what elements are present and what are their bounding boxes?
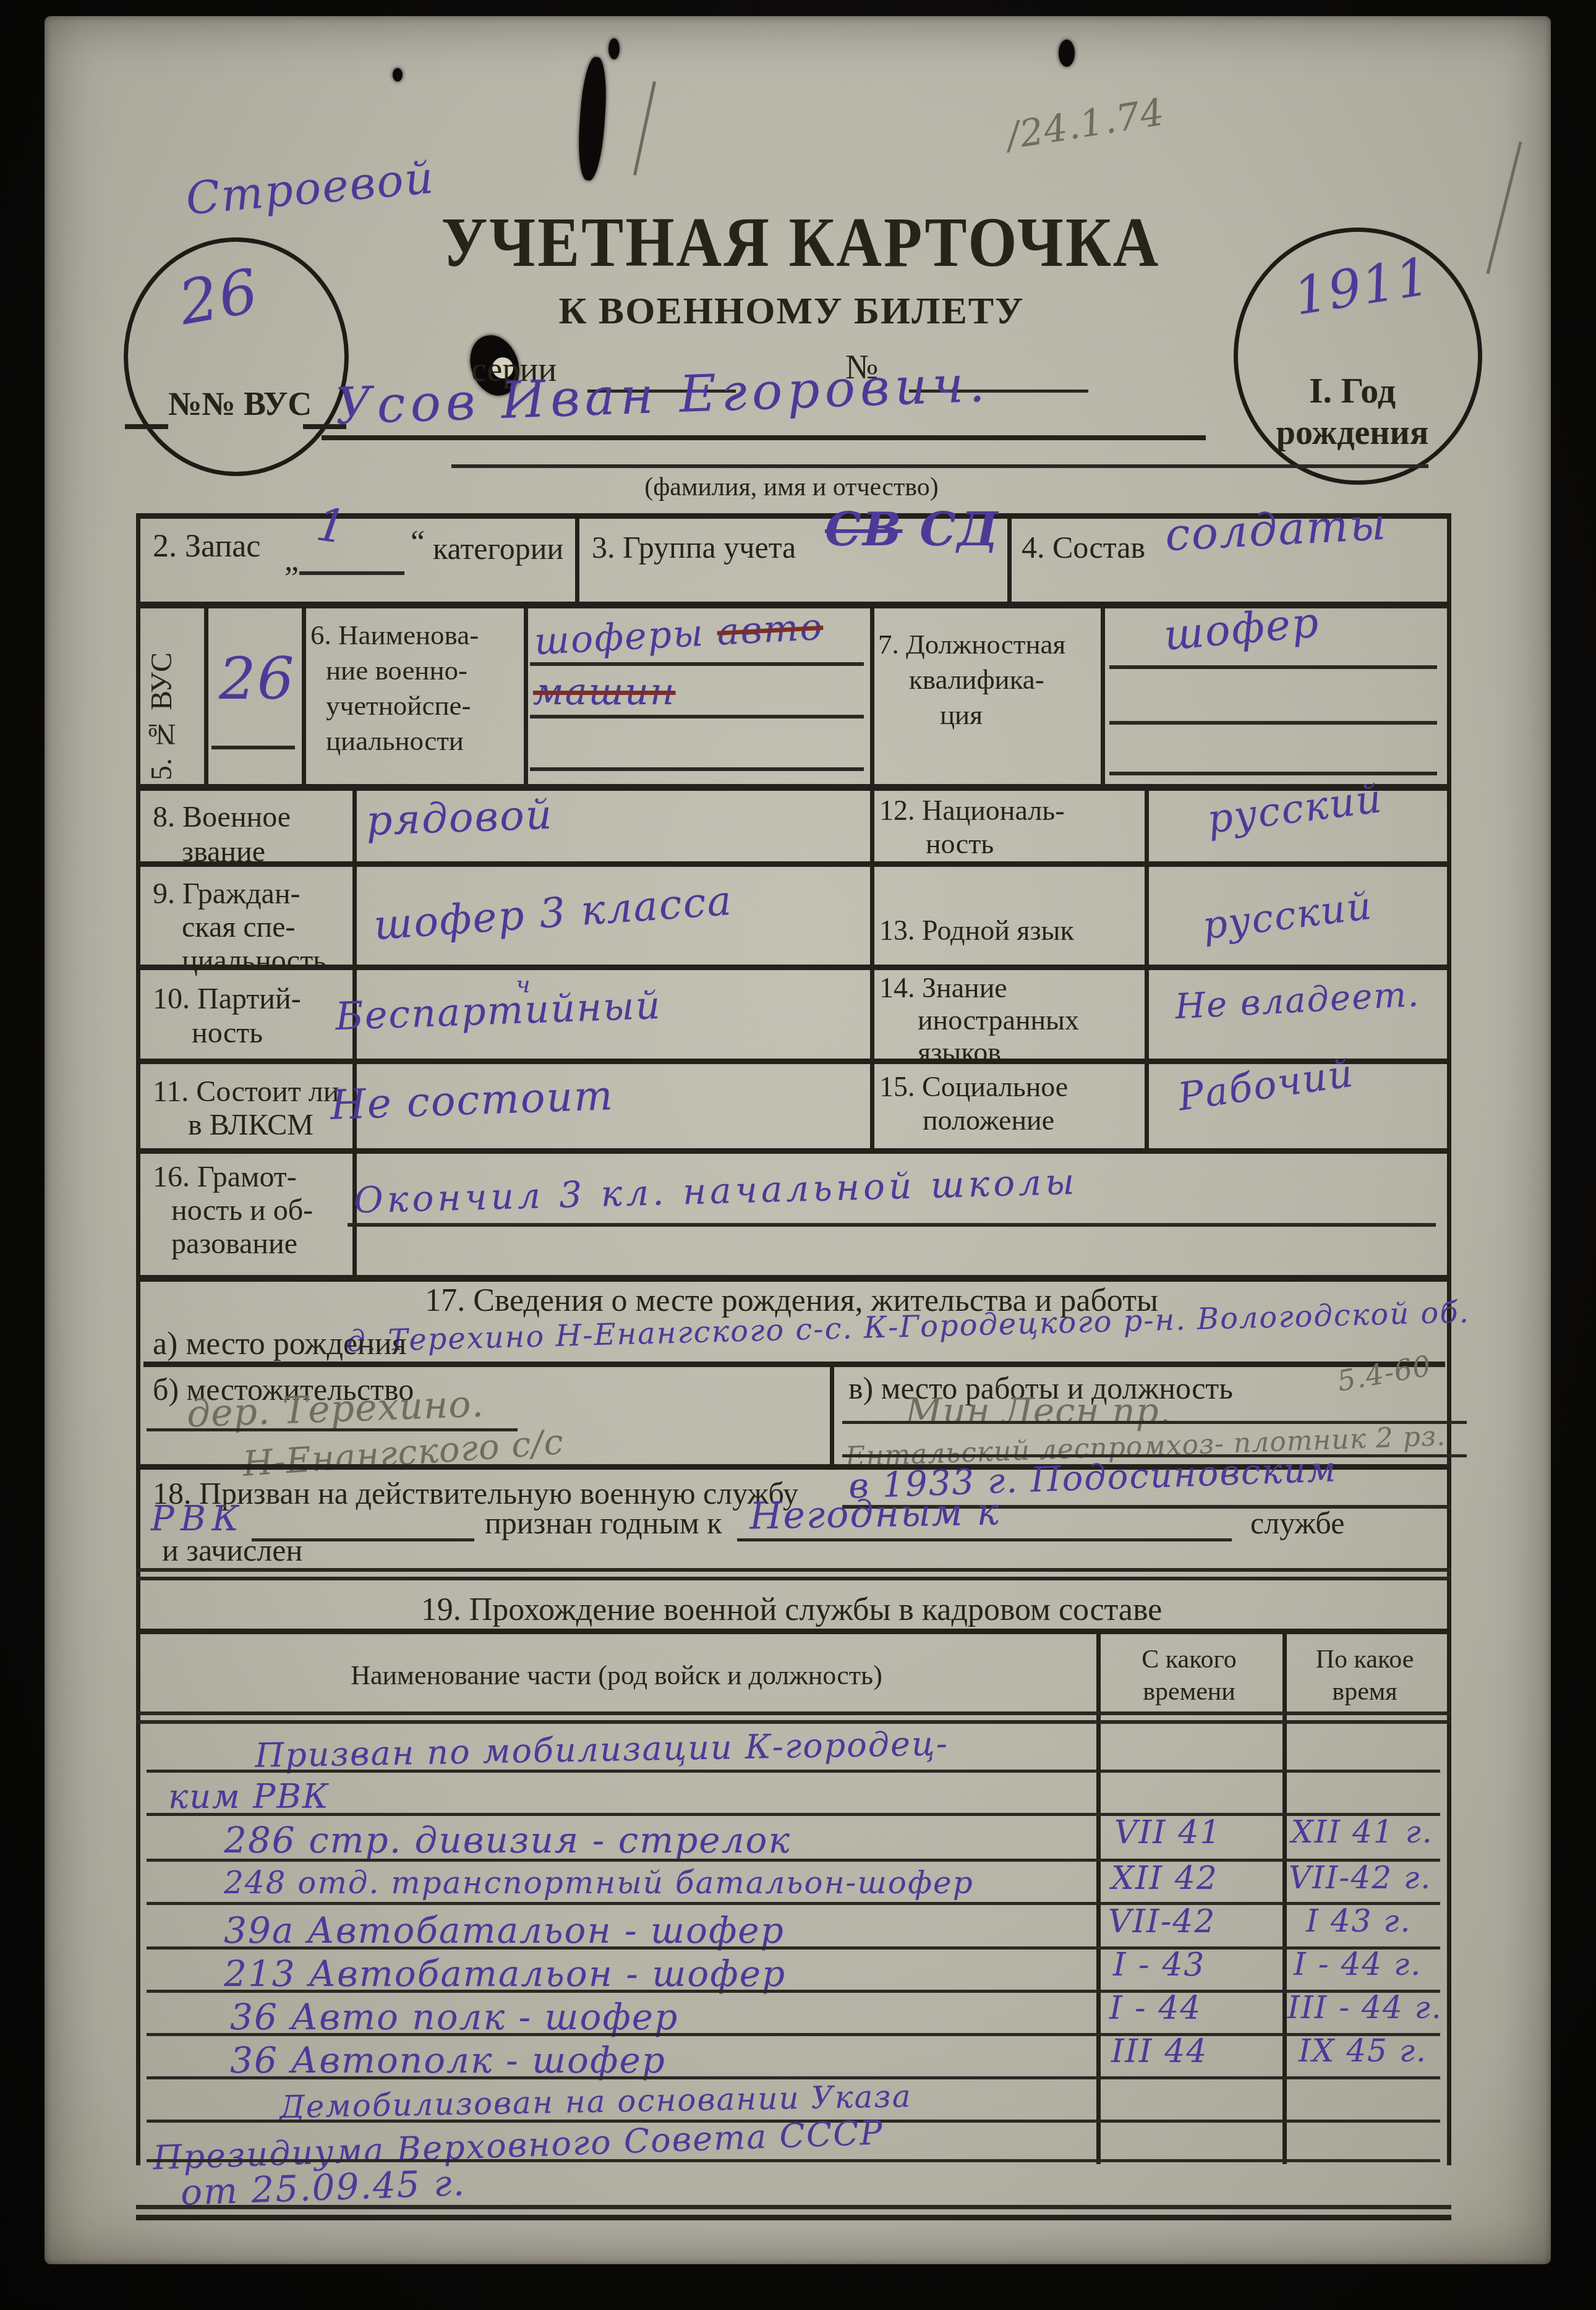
f4-value: солдаты [1164,498,1388,561]
s18-value3: Негодным к [749,1490,1001,1538]
s19-header-bottom2 [136,1720,1451,1724]
f6-value-struck1: авто [716,605,824,654]
service-row-name: Президиума Верховного Совета СССР [152,2113,884,2177]
f6-line3 [530,767,864,771]
f6-label-1: 6. Наименова- [310,619,479,651]
s17-work-value1: Мин Лесн пр. [905,1390,1171,1432]
f12-label-1: 12. Националь- [879,794,1065,827]
s19-col-from1: С какого [1099,1645,1279,1674]
service-row-from: I - 44 [1109,1990,1201,2027]
f16-label-1: 16. Грамот- [153,1160,297,1194]
paper-hole [393,68,403,82]
name-underline [322,435,1206,440]
f14-label-2: иностранных [918,1004,1079,1036]
f15-label-2: положение [923,1104,1054,1136]
service-row-to: VII-42 г. [1289,1860,1432,1896]
rowB-div [1101,608,1105,784]
rowB-div [204,608,208,784]
f9-value: шофер 3 класса [372,877,734,949]
rowB-div [302,608,306,784]
rowB-div [870,608,874,784]
birth-year-label2: рождения [1257,413,1448,453]
f6-line1 [530,662,864,666]
s19-col-div2 [1282,1629,1287,2164]
f2-value: 1 [313,498,351,555]
f10-label-2: ность [192,1016,263,1050]
service-row-line [147,1902,1440,1905]
f8-value: рядовой [365,791,554,845]
f5-label: 5. № ВУС [145,632,179,780]
service-row-name: 39а Автобатальон - шофер [224,1909,785,1951]
f3-value-kept: СД [920,503,999,556]
s19-col-from2: времени [1099,1677,1279,1707]
service-row-name: Призван по мобилизации К-городец- [255,1724,949,1775]
service-row-name: 36 Автополк - шофер [230,2039,666,2081]
service-row-to: I 43 г. [1306,1903,1411,1939]
pencil-date-note: /24.1.74 [1004,90,1167,158]
f6-label-4: циальности [326,725,464,757]
f6-value-kept: шоферы [533,612,705,663]
f15-label-1: 15. Социальное [879,1070,1068,1103]
service-row-name: ким РВК [168,1777,330,1816]
f6-label-3: учетнойспе- [326,689,471,722]
rowB-div [524,608,528,784]
f6-value-struck2: машин [533,670,676,714]
rowC-bottom [136,861,1451,867]
s19-col-name: Наименование части (род войск и должност… [153,1660,1080,1691]
rowA-divider [1007,513,1012,606]
f10-value: Беспартийный [335,982,662,1039]
f5-value: 26 [219,646,296,713]
rowF-bottom [136,1148,1451,1154]
s19-col-div1 [1096,1629,1101,2164]
pencil-stroke [1486,142,1522,275]
f6-label-2: ние военно- [326,654,467,686]
pencil-slash-mark [633,81,656,176]
f14-value: Не владеет. [1174,974,1421,1028]
card-title: УЧЕТНАЯ КАРТОЧКА [368,202,1234,283]
s18-line3 [737,1538,1232,1541]
s18-label3: службе [1250,1505,1344,1541]
s17-birth-label: а) место рождения [153,1326,407,1362]
f3-value-struck: СВ [825,503,902,556]
name-caption: (фамилия, имя и отчество) [544,472,1039,502]
s17-birth-line [143,1362,1445,1367]
f7-label-2: квалифика- [909,663,1044,696]
f2-line [299,571,404,575]
s19-table-top [136,1629,1451,1634]
f2-label-post: категории [433,531,563,566]
f7-line3 [1109,772,1437,775]
frame-right [1447,513,1451,2165]
f11-label-1: 11. Состоит ли [153,1075,339,1109]
f16-value: Окончил 3 кл. начальной школы [353,1161,1078,1222]
service-row-line [147,1859,1440,1862]
s17-work-date: 5.4-60 [1334,1349,1433,1398]
service-row-line [147,2076,1440,2079]
f3-label: 3. Группа учета [592,529,796,565]
rowG-bottom [136,1275,1451,1282]
service-row-to: I - 44 г. [1294,1946,1422,1982]
paper-hole [608,38,620,59]
service-row-from: III 44 [1111,2033,1208,2070]
card-subtitle: К ВОЕННОМУ БИЛЕТУ [368,289,1215,333]
f9-label-2: ская спе- [182,910,296,944]
f7-line2 [1109,721,1437,725]
f2-label: 2. Запас [153,528,260,565]
vus-number: 26 [174,256,265,339]
f11-label-2: в ВЛКСМ [188,1108,314,1142]
paper-hole [1059,40,1075,67]
f5-line [211,746,295,749]
f16-label-3: разование [171,1227,297,1261]
card-paper: Строевой /24.1.74 26 №№ ВУС 1911 I. Год … [45,16,1551,2264]
name-line2 [451,464,1428,468]
s18-label2: признан годным к [485,1505,722,1541]
f2-quote-close: “ [411,524,425,561]
s19-col-to1: По какое [1285,1645,1445,1674]
service-row-line [147,1770,1440,1773]
service-row-from: VII 41 [1114,1814,1221,1851]
f9-label-3: циальность [182,944,326,978]
paper-hole [576,56,609,181]
f7-label-1: 7. Должностная [878,628,1065,660]
f16-line [348,1223,1436,1227]
s18-bottom2 [136,1577,1451,1580]
service-row-to: IX 45 г. [1299,2033,1427,2069]
service-row-line [147,1990,1440,1993]
f11-value: Не состоит [330,1072,615,1129]
f13-label: 13. Родной язык [879,914,1074,947]
f10-label-1: 10. Партий- [153,982,301,1016]
service-row-to: III - 44 г. [1287,1990,1443,2026]
f6-line2 [530,715,864,718]
f7-label-3: ция [940,699,983,731]
f7-line1 [1109,665,1437,669]
service-row-line [147,2159,1440,2162]
s19-table-bottom2 [136,2215,1451,2220]
service-row-name: 248 отд. транспортный батальон-шофер [224,1865,974,1901]
service-row-line [147,2033,1440,2036]
rowD-bottom [136,965,1451,970]
f3-value: СВ СД [825,503,999,556]
service-row-from: XII 42 [1111,1860,1218,1897]
vus-dash [125,424,168,429]
birth-year-label1: I. Год [1257,370,1448,411]
s19-table-bottom1 [136,2205,1451,2209]
f9-label-1: 9. Граждан- [153,877,301,911]
service-row-name: 213 Автобатальон - шофер [224,1953,786,1995]
service-row-from: VII-42 [1108,1903,1216,1940]
service-row-line [147,1813,1440,1816]
f14-label-1: 14. Знание [879,971,1007,1004]
service-row-from: I - 43 [1113,1946,1205,1984]
s18-bottom1 [136,1568,1451,1572]
vus-label: №№ ВУС [168,385,312,423]
service-row-name: 36 Авто полк - шофер [230,1996,678,2038]
service-row-name: 286 стр. дивизия - стрелок [224,1819,791,1861]
service-row-line [147,1946,1440,1950]
s19-title: 19. Прохождение военной службы в кадрово… [322,1592,1261,1628]
frame-left [136,513,140,2165]
f8-label-1: 8. Военное [153,800,291,834]
f2-quote-open: „ [284,542,299,578]
f16-label-2: ность и об- [171,1193,313,1227]
f4-label: 4. Состав [1022,529,1145,565]
s18-label4: и зачислен [162,1532,302,1568]
rowA-divider [575,513,579,606]
f12-label-2: ность [926,827,994,860]
s17-divider [830,1367,834,1464]
f6-value-line1: шоферы авто [533,605,824,663]
full-name: Усов Иван Егорович. [335,355,991,437]
service-row-to: XII 41 г. [1291,1814,1433,1850]
rowB-bottom [136,784,1451,791]
scanned-document: Строевой /24.1.74 26 №№ ВУС 1911 I. Год … [0,0,1596,2310]
s19-header-bottom1 [136,1711,1451,1715]
f13-value: русский [1200,882,1375,948]
s19-col-to2: время [1285,1677,1445,1707]
